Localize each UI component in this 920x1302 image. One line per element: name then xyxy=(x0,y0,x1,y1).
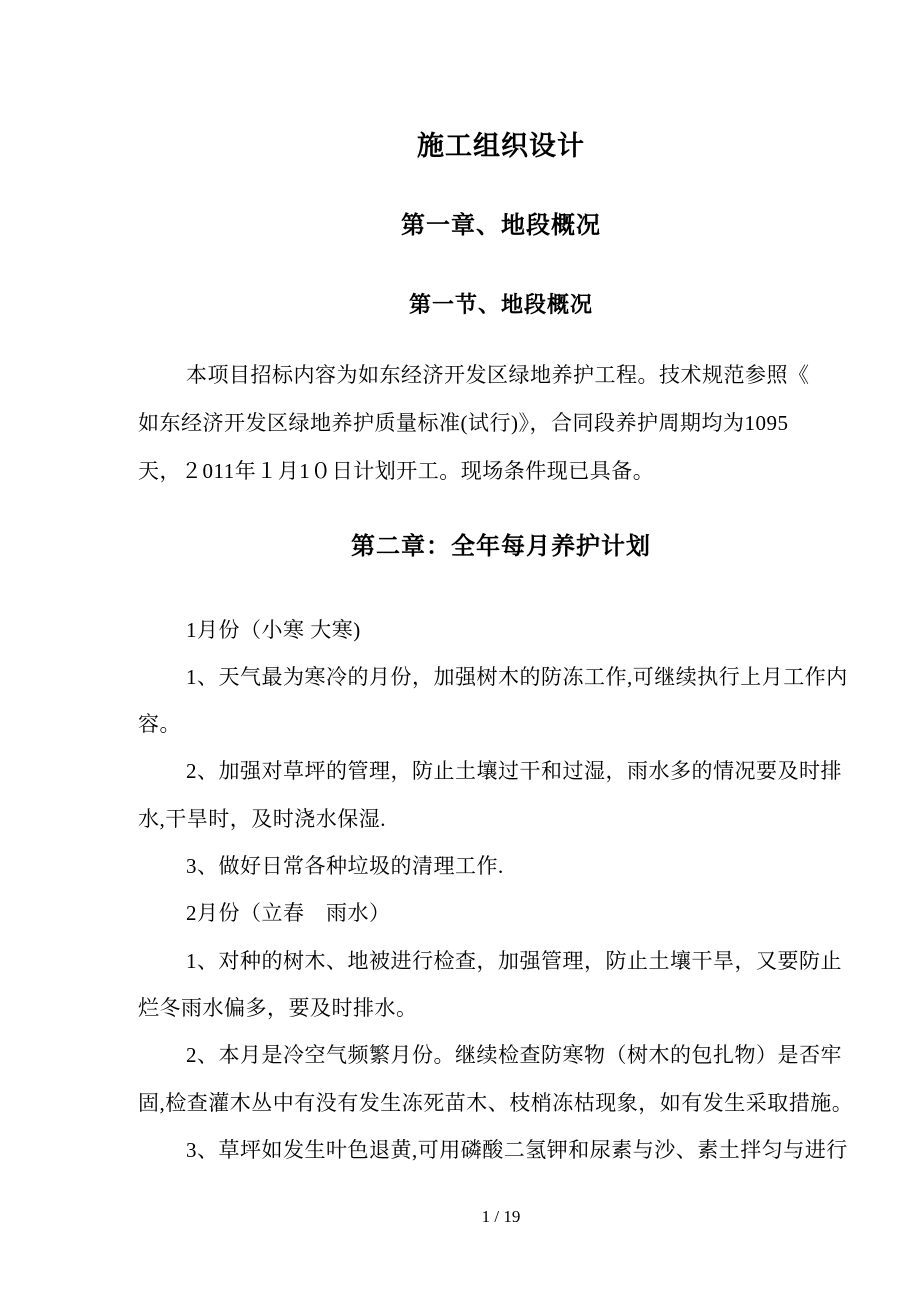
document-content: 施工组织设计 第一章、地段概况 第一节、地段概况 本项目招标内容为如东经济开发区… xyxy=(138,0,864,1302)
january-item2-line1: 2、加强对草坪的管理，防止土壤过干和过湿，雨水多的情况要及时排 xyxy=(138,757,864,785)
january-item2-line2: 水,干旱时，及时浇水保湿. xyxy=(138,805,864,833)
february-item2-line1: 2、本月是冷空气频繁月份。继续检查防寒物（树木的包扎物）是否牢 xyxy=(138,1041,864,1069)
january-item1-line1: 1、天气最为寒冷的月份，加强树木的防冻工作,可继续执行上月工作内 xyxy=(138,663,864,691)
february-item1-line1: 1、对种的树木、地被进行检查，加强管理，防止土壤干旱，又要防止 xyxy=(138,947,864,975)
february-item1-line2: 烂冬雨水偏多，要及时排水。 xyxy=(138,994,864,1022)
document-page: 施工组织设计 第一章、地段概况 第一节、地段概况 本项目招标内容为如东经济开发区… xyxy=(0,0,920,1302)
intro-paragraph-line2: 如东经济开发区绿地养护质量标准(试行)》，合同段养护周期均为1095 xyxy=(138,409,864,437)
january-item1-line2: 容。 xyxy=(138,710,864,738)
intro-paragraph-line1: 本项目招标内容为如东经济开发区绿地养护工程。技术规范参照《 xyxy=(138,361,864,389)
document-title: 施工组织设计 xyxy=(138,130,864,162)
january-item3: 3、做好日常各种垃圾的清理工作. xyxy=(138,852,864,880)
page-number-indicator: 1 / 19 xyxy=(138,1206,864,1228)
january-header: 1月份（小寒 大寒) xyxy=(138,616,864,644)
february-item2-line2: 固,检查灌木丛中有没有发生冻死苗木、枝梢冻枯现象，如有发生采取措施。 xyxy=(138,1089,864,1117)
february-item3: 3、草坪如发生叶色退黄,可用磷酸二氢钾和尿素与沙、素土拌匀与进行 xyxy=(138,1136,864,1164)
intro-paragraph-line3: 天，２011年１月1０日计划开工。现场条件现已具备。 xyxy=(138,457,864,485)
february-header: 2月份（立春 雨水） xyxy=(138,899,864,927)
chapter1-heading: 第一章、地段概况 xyxy=(138,211,864,241)
section1-heading: 第一节、地段概况 xyxy=(138,291,864,319)
chapter2-heading: 第二章：全年每月养护计划 xyxy=(138,532,864,562)
